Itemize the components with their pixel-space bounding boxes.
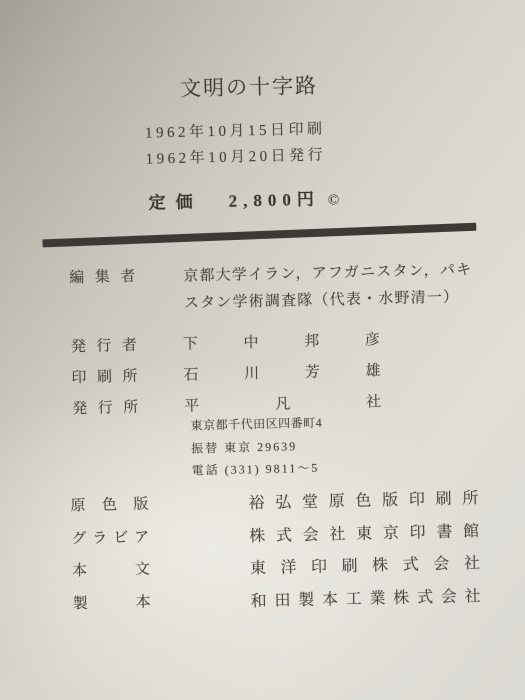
publishing-house-label: 発行所 (72, 396, 138, 418)
printer-person-label: 印刷所 (71, 365, 137, 387)
publisher-person-label: 発行者 (71, 334, 137, 356)
publisher-person-row: 発行者下中邦彦 (71, 328, 380, 356)
text-printing-row: 本文東洋印刷株式会社 (72, 550, 480, 582)
color-plates-value: 裕弘堂原色版印刷所 (248, 485, 478, 513)
editor-value: 京都大学イラン，アフガニスタン，パキスタン学術調査隊（代表・水野清一） (183, 257, 484, 318)
printer-person-value: 石川芳雄 (183, 359, 380, 384)
divider-bar (42, 223, 476, 248)
gravure-label: グラビア (71, 526, 149, 549)
price-line: 定価2,800円© (148, 184, 339, 213)
gravure-value: 株式会社東京印書館 (249, 518, 479, 546)
publish-date-line: 1962年10月20日発行 (145, 142, 326, 172)
gravure-row: グラビア株式会社東京印書館 (71, 518, 479, 550)
publisher-details: 東京都千代田区四番町4 振替 東京 29639 電話 (331) 9811〜5 (190, 412, 323, 482)
color-plates-label: 原色版 (70, 493, 148, 516)
editor-row: 編集者京都大学イラン，アフガニスタン，パキスタン学術調査隊（代表・水野清一） (69, 257, 484, 320)
text-printing-label: 本文 (72, 558, 150, 581)
editor-label: 編集者 (69, 265, 135, 287)
color-plates-row: 原色版裕弘堂原色版印刷所 (70, 485, 478, 517)
price-value: 2,800円 (228, 190, 320, 211)
text-printing-value: 東洋印刷株式会社 (250, 550, 480, 578)
binding-label: 製本 (72, 591, 150, 614)
copyright-mark: © (328, 192, 340, 208)
print-date-line: 1962年10月15日印刷 (145, 117, 326, 147)
publisher-phone: 電話 (331) 9811〜5 (191, 457, 323, 482)
publisher-address: 東京都千代田区四番町4 (190, 412, 322, 437)
publisher-postal-account: 振替 東京 29639 (191, 434, 323, 459)
edition-dates: 1962年10月15日印刷 1962年10月20日発行 (145, 117, 327, 173)
binding-row: 製本和田製本工業株式会社 (72, 583, 480, 615)
book-colophon-photo: 文明の十字路 1962年10月15日印刷 1962年10月20日発行 定価2,8… (0, 0, 525, 700)
binding-value: 和田製本工業株式会社 (250, 583, 480, 611)
colophon-content: 文明の十字路 1962年10月15日印刷 1962年10月20日発行 定価2,8… (0, 0, 525, 700)
book-title: 文明の十字路 (0, 69, 504, 105)
price-label: 定価 (148, 192, 202, 212)
publisher-person-value: 下中邦彦 (183, 328, 380, 353)
printer-person-row: 印刷所石川芳雄 (71, 359, 380, 387)
